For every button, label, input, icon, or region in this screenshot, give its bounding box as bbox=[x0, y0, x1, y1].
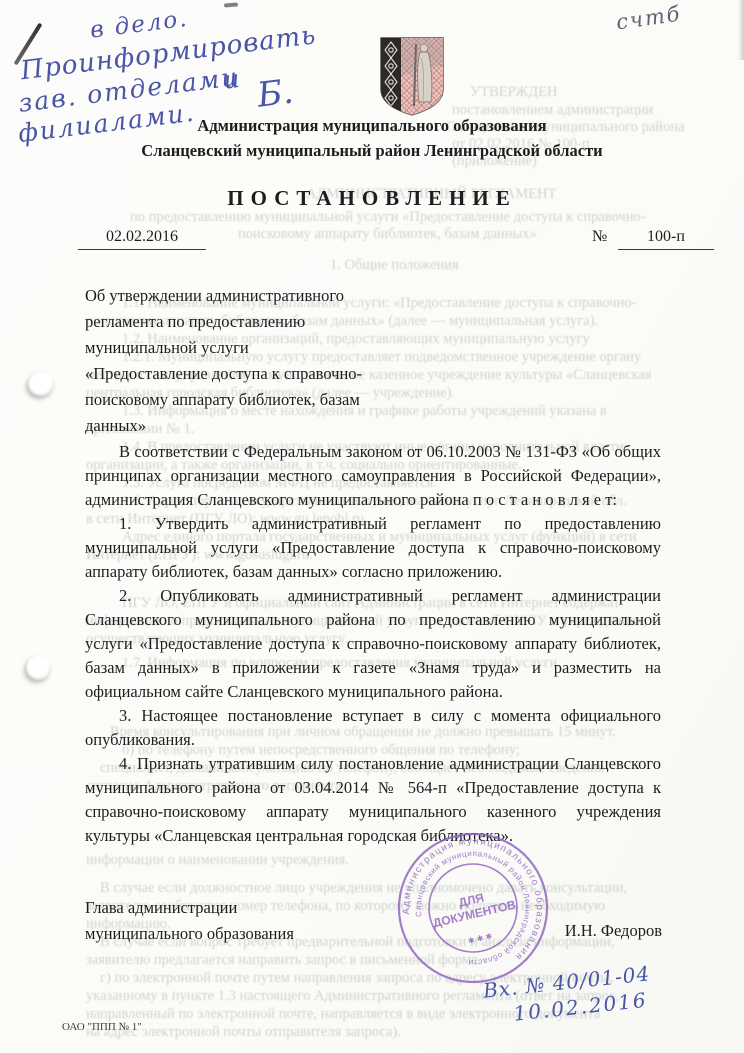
document-subject: Об утверждении административного регламе… bbox=[85, 283, 425, 439]
handwritten-initial-signature: Б. bbox=[255, 72, 295, 116]
bleedthrough-line: 1. Общие положения bbox=[330, 257, 459, 274]
body-paragraph-item1: 1. Утвердить административный регламент … bbox=[85, 512, 661, 584]
scan-edge-shadow bbox=[738, 0, 744, 60]
bleedthrough-line: по предоставлению муниципальной услуги «… bbox=[130, 209, 646, 226]
subject-line: поисковому аппарату библиотек, базам bbox=[85, 387, 425, 413]
subject-line: муниципальной услуги bbox=[85, 335, 425, 361]
signature-position-line1: Глава администрации bbox=[85, 895, 294, 921]
document-body: В соответствии с Федеральным законом от … bbox=[85, 440, 661, 848]
document-date: 02.02.2016 bbox=[78, 228, 206, 250]
handwritten-pencil-note: счтб bbox=[615, 2, 683, 35]
bleedthrough-line: УТВЕРЖДЕН bbox=[470, 84, 557, 101]
coat-of-arms-graphic bbox=[377, 36, 447, 118]
subject-line: данных» bbox=[85, 413, 425, 439]
bleedthrough-line: поисковому аппарату библиотек, базам дан… bbox=[238, 226, 537, 243]
handwritten-resolution-note: в дело. Проинформировать зав. отделами и… bbox=[3, 0, 301, 26]
body-paragraph-item4: 4. Признать утратившим силу постановлени… bbox=[85, 752, 661, 848]
body-paragraph-item2: 2. Опубликовать административный регламе… bbox=[85, 584, 661, 704]
punch-hole-bottom bbox=[26, 655, 51, 680]
subject-line: «Предоставление доступа к справочно- bbox=[85, 361, 425, 387]
document-type-title: ПОСТАНОВЛЕНИЕ bbox=[0, 186, 744, 211]
scan-smudge bbox=[224, 3, 238, 8]
stamp-stars: ✱ ✱ ✱ bbox=[467, 931, 493, 945]
printer-mark: ОАО "ППП № 1" bbox=[62, 1021, 142, 1033]
coat-of-arms bbox=[377, 36, 447, 118]
body-paragraph-item3: 3. Настоящее постановление вступает в си… bbox=[85, 704, 661, 752]
note-line: и bbox=[222, 64, 242, 95]
bleedthrough-line: информации о наименовании учреждения. bbox=[86, 852, 349, 869]
subject-line: Об утверждении административного bbox=[85, 283, 425, 309]
signature-position: Глава администрации муниципального образ… bbox=[85, 895, 294, 947]
document-number: 100-п bbox=[618, 228, 714, 250]
signature-position-line2: муниципального образования bbox=[85, 921, 294, 947]
body-paragraph-preamble: В соответствии с Федеральным законом от … bbox=[85, 440, 661, 512]
subject-line: регламента по предоставлению bbox=[85, 309, 425, 335]
punch-hole-top bbox=[28, 372, 54, 396]
scanned-document-page: УТВЕРЖДЕНпостановлением администрацииСла… bbox=[0, 0, 744, 1053]
number-sign: № bbox=[592, 228, 607, 246]
org-name-line2: Сланцевский муниципальный район Ленингра… bbox=[0, 138, 744, 163]
